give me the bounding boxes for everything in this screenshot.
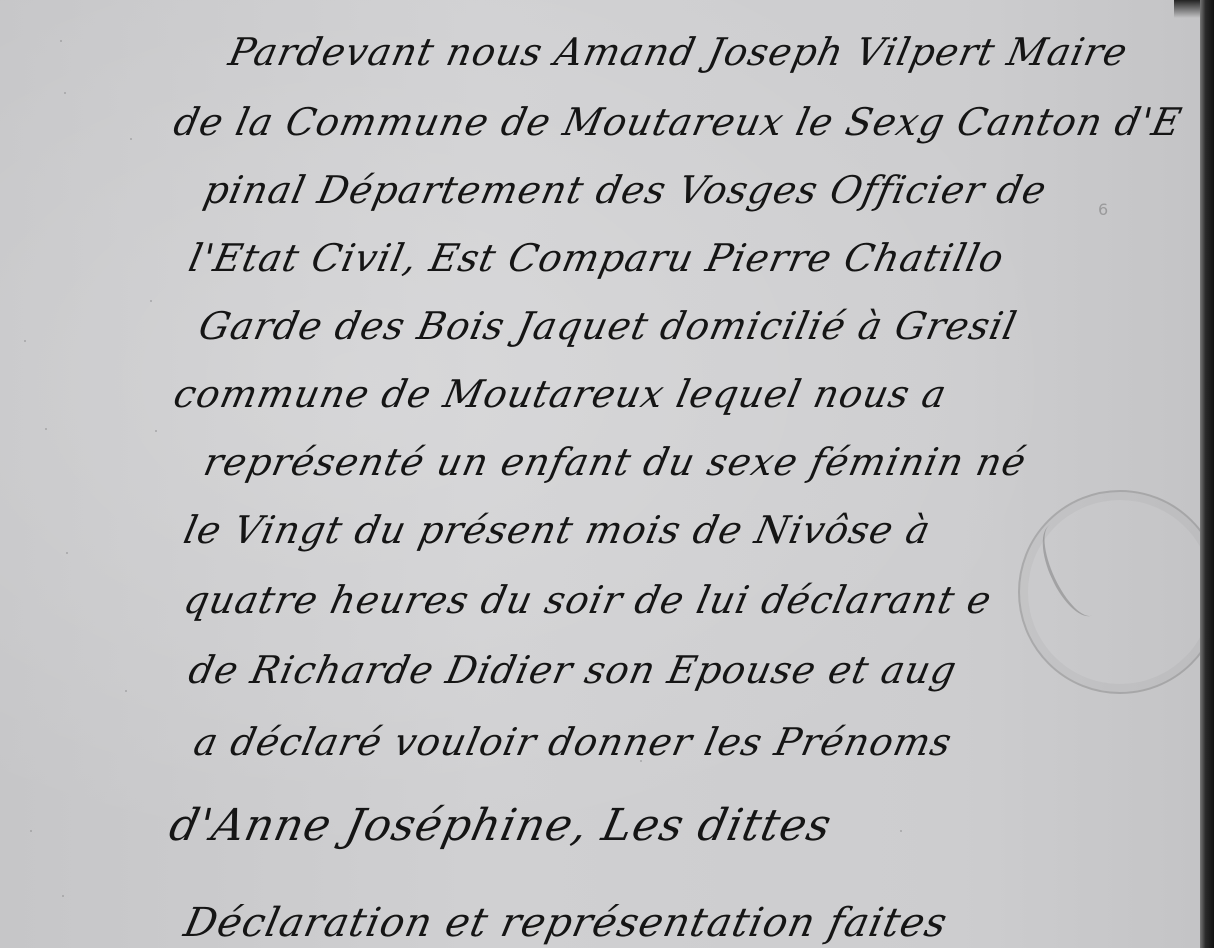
text-line-11: a déclaré vouloir donner les Prénoms (190, 720, 956, 764)
text-line-1: Pardevant nous Amand Joseph Vilpert Mair… (225, 30, 1132, 74)
paper-speck (24, 340, 26, 342)
paper-speck (155, 430, 157, 432)
marginal-mark: 6 (1098, 200, 1108, 219)
paper-speck (125, 690, 127, 692)
paper-speck (66, 552, 68, 554)
text-line-2: de la Commune de Moutareux le Sexg Canto… (170, 100, 1186, 144)
text-line-13: Déclaration et représentation faites (180, 900, 952, 946)
paper-speck (130, 138, 132, 140)
text-line-12: d'Anne Joséphine, Les dittes (165, 800, 836, 851)
circular-stamp (1018, 490, 1214, 694)
page-binding-edge (1200, 0, 1214, 948)
text-line-4: l'Etat Civil, Est Comparu Pierre Chatill… (185, 236, 1008, 280)
text-line-7: représenté un enfant du sexe féminin né (200, 440, 1031, 484)
text-line-5: Garde des Bois Jaquet domicilié à Gresil (195, 304, 1021, 348)
paper-speck (150, 300, 152, 302)
paper-speck (45, 428, 47, 430)
text-line-10: de Richarde Didier son Epouse et aug (185, 648, 961, 692)
text-line-6: commune de Moutareux lequel nous a (170, 372, 951, 416)
document-page: 6 Pardevant nous Amand Joseph Vilpert Ma… (0, 0, 1200, 948)
text-line-8: le Vingt du présent mois de Nivôse à (180, 508, 935, 552)
paper-speck (62, 895, 64, 897)
text-line-9: quatre heures du soir de lui déclarant e (180, 578, 996, 622)
paper-speck (900, 830, 902, 832)
paper-speck (30, 830, 32, 832)
paper-speck (60, 40, 62, 42)
paper-speck (64, 92, 66, 94)
text-line-3: pinal Département des Vosges Officier de (200, 168, 1051, 212)
